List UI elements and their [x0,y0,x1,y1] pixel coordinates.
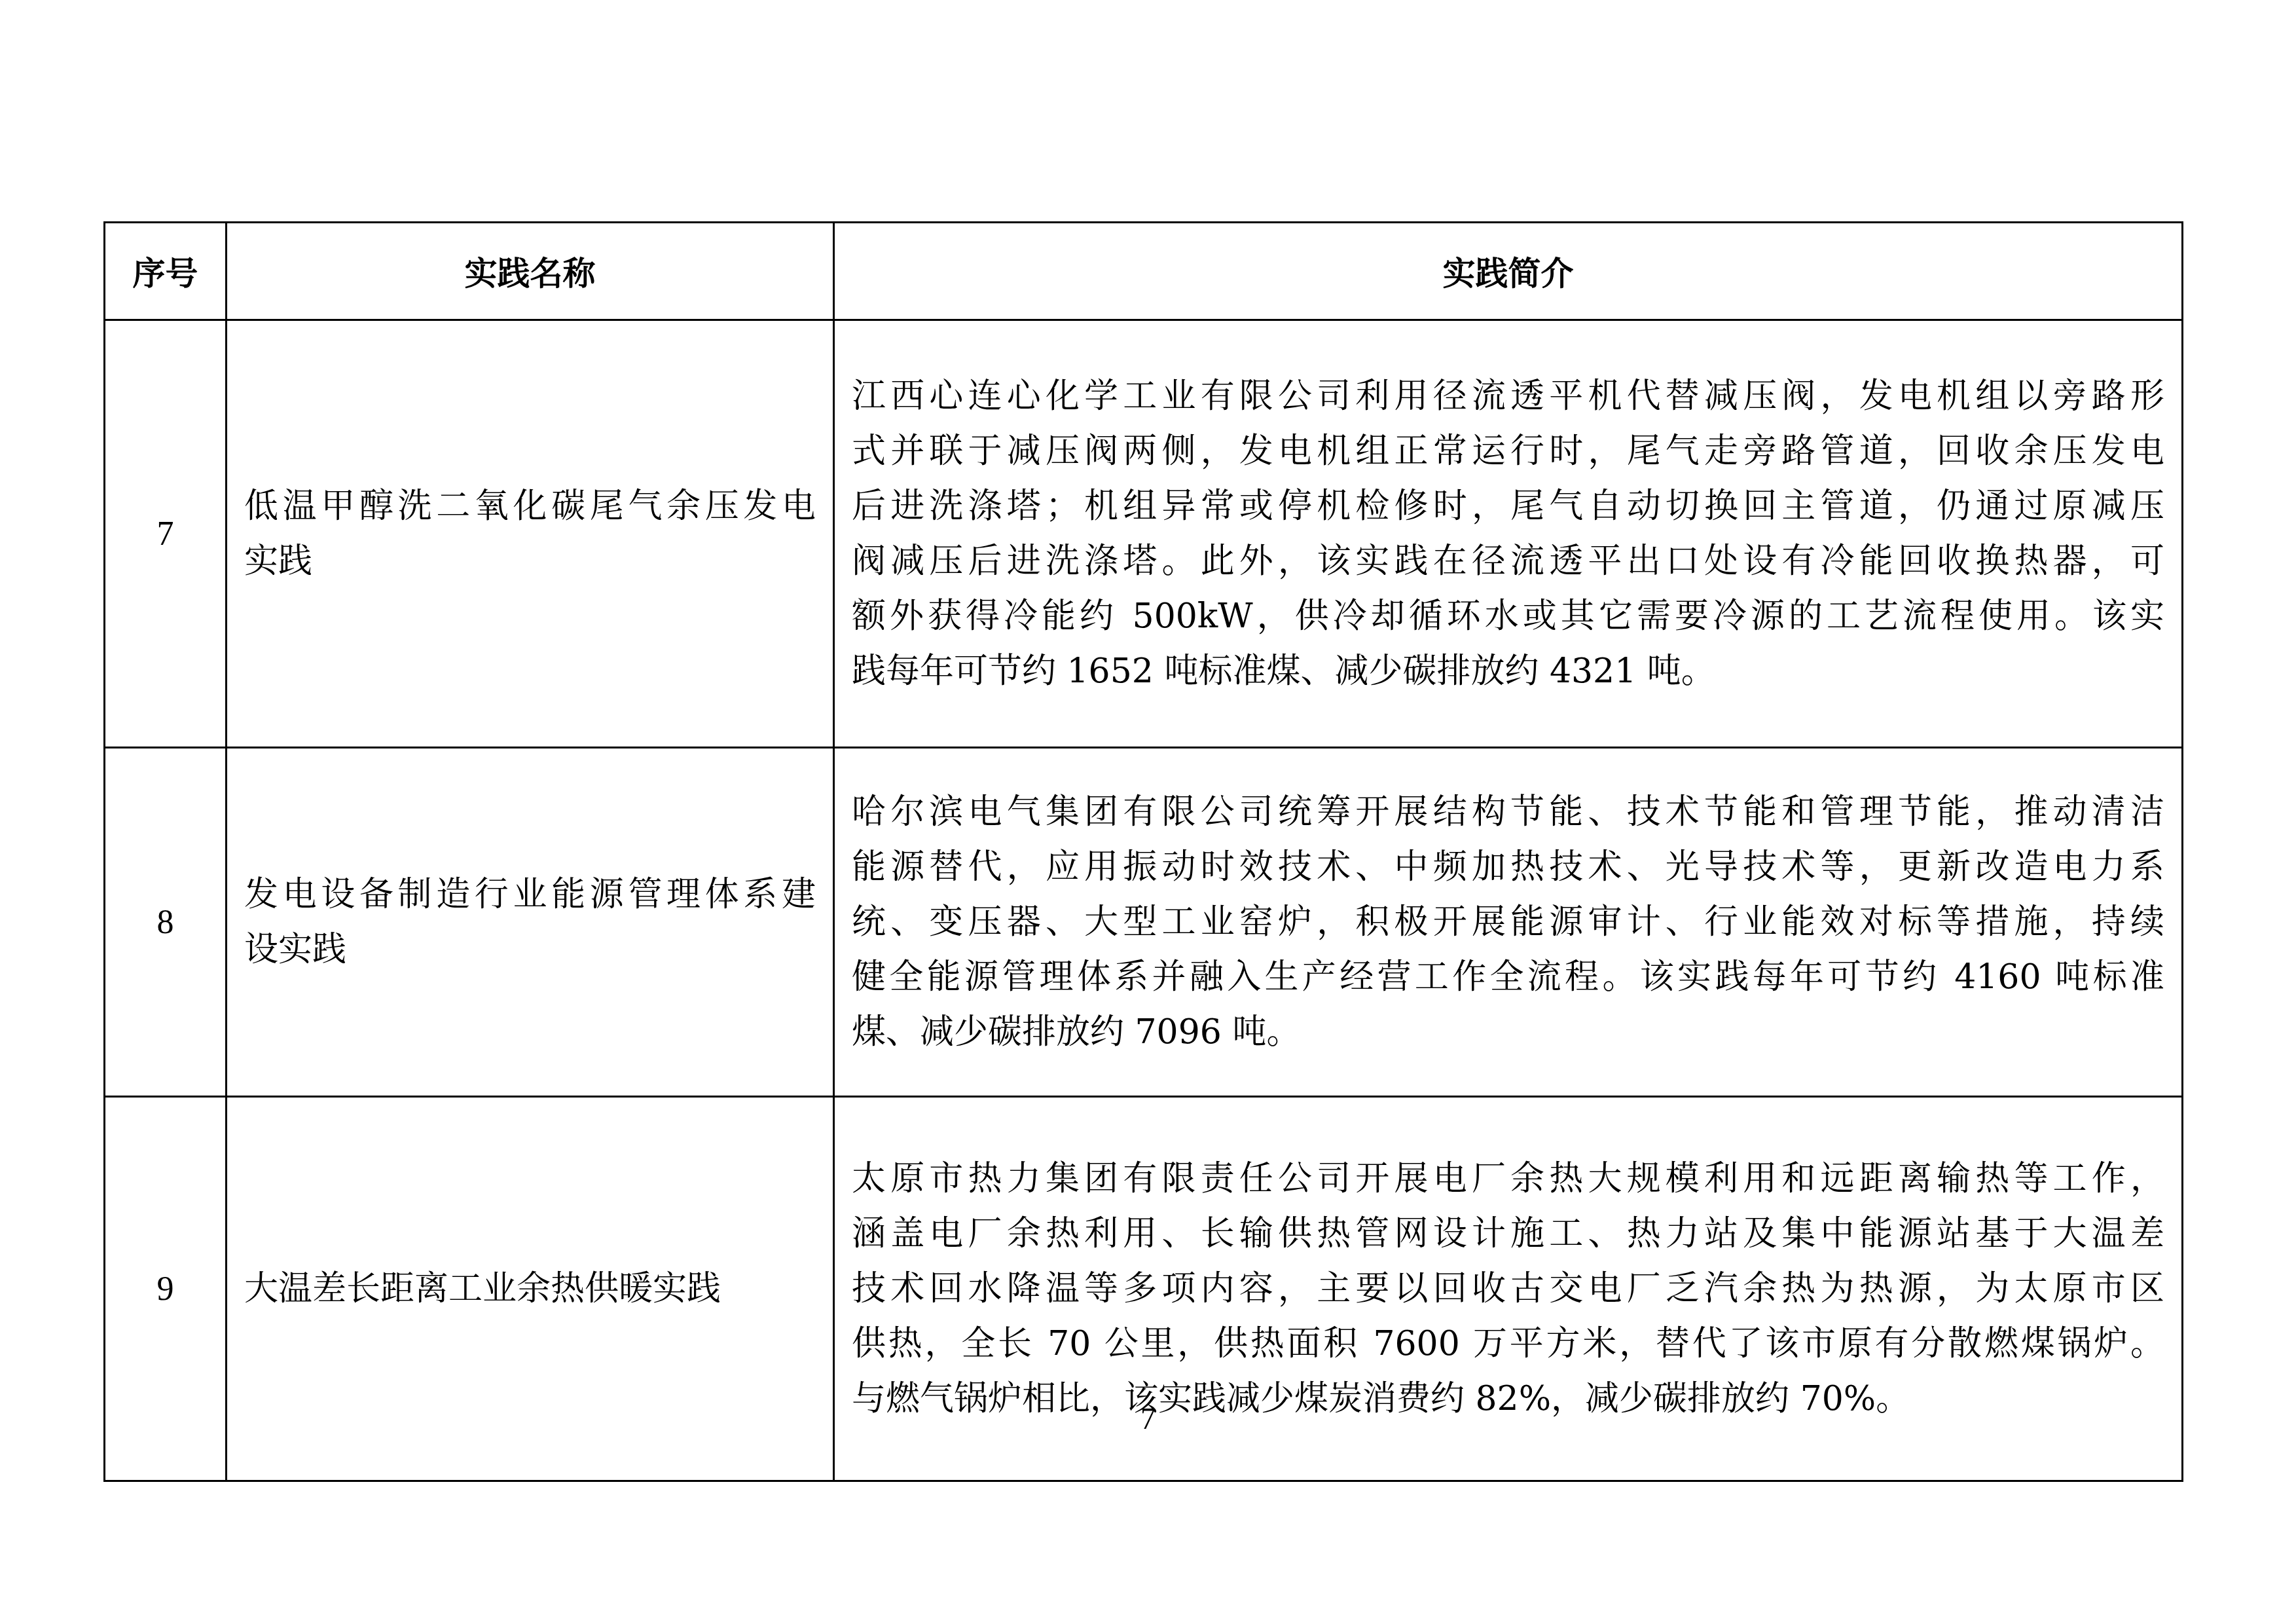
header-serial-number: 序号 [105,223,227,320]
description-line: 能源替代，应用振动时效技术、中频加热技术、光导技术等，更新改造电力系 [852,840,2164,895]
description-line: 践每年可节约 1652 吨标准煤、减少碳排放约 4321 吨。 [852,644,2164,699]
name-line: 发电设备制造行业能源管理体系建 [244,867,816,922]
description-line: 煤、减少碳排放约 7096 吨。 [852,1005,2164,1060]
serial-number-cell: 8 [105,748,227,1097]
description-line: 后进洗涤塔；机组异常或停机检修时，尾气自动切换回主管道，仍通过原减压 [852,479,2164,534]
practices-table: 序号 实践名称 实践简介 7 低温甲醇洗二氧化碳尾气余压发电 实践 江西心连心化… [103,221,2183,1482]
serial-number-cell: 7 [105,320,227,748]
description-line: 额外获得冷能约 500kW，供冷却循环水或其它需要冷源的工艺流程使用。该实 [852,589,2164,644]
table-header-row: 序号 实践名称 实践简介 [105,223,2183,320]
name-line: 低温甲醇洗二氧化碳尾气余压发电 [244,479,816,534]
table-row: 7 低温甲醇洗二氧化碳尾气余压发电 实践 江西心连心化学工业有限公司利用径流透平… [105,320,2183,748]
description-line: 供热，全长 70 公里，供热面积 7600 万平方米，替代了该市原有分散燃煤锅炉… [852,1316,2164,1371]
practice-description-cell: 哈尔滨电气集团有限公司统筹开展结构节能、技术节能和管理节能，推动清洁 能源替代，… [834,748,2183,1097]
description-line: 式并联于减压阀两侧，发电机组正常运行时，尾气走旁路管道，回收余压发电 [852,424,2164,479]
name-line: 实践 [244,534,816,589]
description-line: 涵盖电厂余热利用、长输供热管网设计施工、热力站及集中能源站基于大温差 [852,1206,2164,1261]
page-number: 7 [0,1401,2296,1436]
practice-description-cell: 江西心连心化学工业有限公司利用径流透平机代替减压阀，发电机组以旁路形 式并联于减… [834,320,2183,748]
table-row: 8 发电设备制造行业能源管理体系建 设实践 哈尔滨电气集团有限公司统筹开展结构节… [105,748,2183,1097]
description-line: 江西心连心化学工业有限公司利用径流透平机代替减压阀，发电机组以旁路形 [852,369,2164,424]
description-line: 太原市热力集团有限责任公司开展电厂余热大规模利用和远距离输热等工作， [852,1151,2164,1206]
practice-name-cell: 低温甲醇洗二氧化碳尾气余压发电 实践 [227,320,834,748]
description-line: 健全能源管理体系并融入生产经营工作全流程。该实践每年可节约 4160 吨标准 [852,950,2164,1005]
description-line: 统、变压器、大型工业窑炉，积极开展能源审计、行业能效对标等措施，持续 [852,895,2164,950]
name-line: 设实践 [244,922,816,977]
description-line: 技术回水降温等多项内容，主要以回收古交电厂乏汽余热为热源，为太原市区 [852,1261,2164,1316]
description-line: 阀减压后进洗涤塔。此外，该实践在径流透平出口处设有冷能回收换热器，可 [852,534,2164,589]
description-line: 哈尔滨电气集团有限公司统筹开展结构节能、技术节能和管理节能，推动清洁 [852,784,2164,840]
name-line: 大温差长距离工业余热供暖实践 [244,1261,816,1316]
header-practice-name: 实践名称 [227,223,834,320]
practice-name-cell: 发电设备制造行业能源管理体系建 设实践 [227,748,834,1097]
header-practice-description: 实践简介 [834,223,2183,320]
